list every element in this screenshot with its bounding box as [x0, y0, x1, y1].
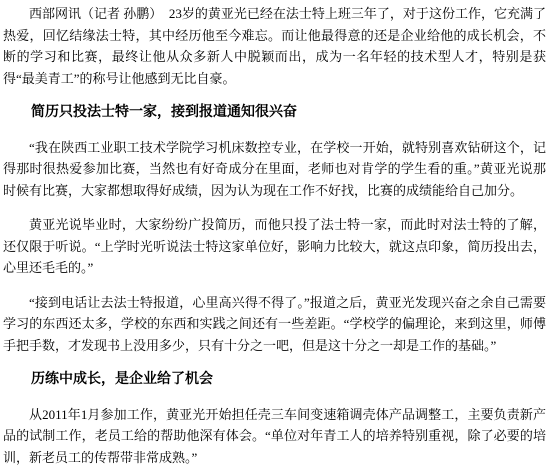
article-paragraph-school: “我在陕西工业职工技术学院学习机床数控专业，在学校一开始，就特别喜欢钻研这个，记…: [3, 137, 546, 202]
article-paragraph-phone-call: “接到电话让去法士特报道，心里高兴得不得了。”报道之后，黄亚光发现兴奋之余自己需…: [3, 292, 546, 357]
article-paragraph-graduation: 黄亚光说毕业时，大家纷纷广投简历，而他只投了法士特一家，而此时对法士特的了解，还…: [3, 214, 546, 279]
section-heading-growth: 历练中成长，是企业给了机会: [3, 369, 546, 391]
article-body: 西部网讯（记者 孙鹏） 23岁的黄亚光已经在法士特上班三年了，对于这份工作，它充…: [0, 0, 553, 468]
article-paragraph-work: 从2011年1月参加工作，黄亚光开始担任壳三车间变速箱调壳体产品调整工，主要负责…: [3, 404, 546, 469]
article-paragraph-intro: 西部网讯（记者 孙鹏） 23岁的黄亚光已经在法士特上班三年了，对于这份工作，它充…: [3, 3, 546, 89]
section-heading-resume: 简历只投法士特一家，接到报道通知很兴奋: [3, 102, 546, 124]
